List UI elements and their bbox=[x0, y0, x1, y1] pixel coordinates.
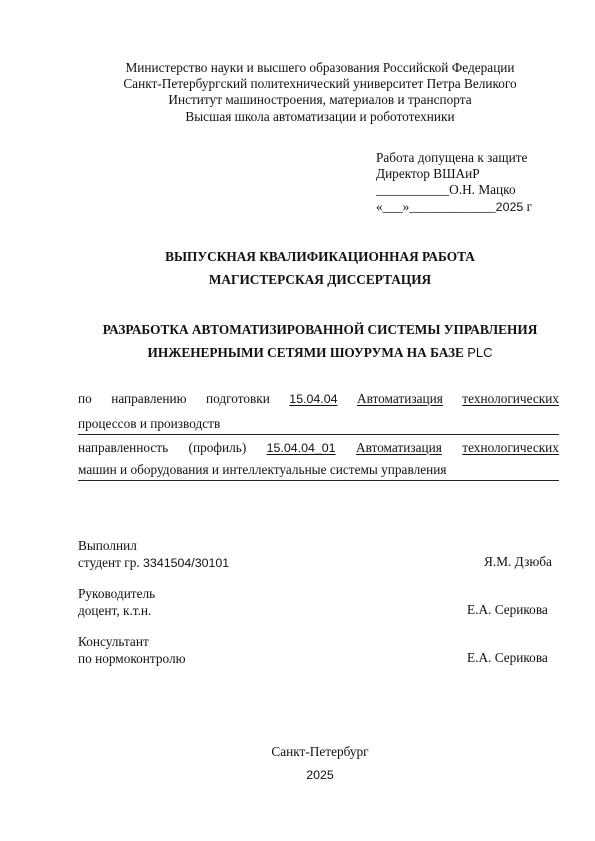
supervisor-position: доцент, к.т.н. bbox=[78, 602, 155, 619]
ministry-line: Министерство науки и высшего образования… bbox=[0, 60, 595, 76]
supervisor-name: Е.А. Серикова bbox=[467, 602, 548, 618]
consultant-role: Консультант bbox=[78, 633, 186, 650]
student-role: Выполнил bbox=[78, 537, 229, 554]
signature-consultant: Консультант по нормоконтролю bbox=[78, 633, 186, 667]
topic-line1: РАЗРАБОТКА АВТОМАТИЗИРОВАННОЙ СИСТЕМЫ УП… bbox=[0, 318, 595, 341]
institution-header: Министерство науки и высшего образования… bbox=[0, 60, 595, 125]
consultant-name: Е.А. Серикова bbox=[467, 650, 548, 666]
profile-line: направленность (профиль) 15.04.04_01 Авт… bbox=[78, 440, 559, 458]
direction-line: по направлению подготовки 15.04.04 Автом… bbox=[78, 391, 559, 409]
direction-code: 15.04.04 bbox=[289, 392, 337, 406]
student-name: Я.М. Дзюба bbox=[484, 554, 552, 570]
profile-continuation: машин и оборудования и интеллектуальные … bbox=[78, 462, 559, 481]
footer-city: Санкт-Петербург bbox=[0, 744, 595, 760]
approval-year: 2025 bbox=[496, 200, 524, 214]
director-name: О.Н. Мацко bbox=[449, 182, 515, 197]
approval-director-signature: ___________О.Н. Мацко bbox=[376, 182, 532, 198]
direction-continuation: процессов и производств bbox=[78, 416, 559, 435]
signature-student: Выполнил студент гр. 3341504/30101 bbox=[78, 537, 229, 572]
work-type: ВЫПУСКНАЯ КВАЛИФИКАЦИОННАЯ РАБОТА МАГИСТ… bbox=[0, 245, 595, 291]
institute-line: Институт машиностроения, материалов и тр… bbox=[0, 92, 595, 108]
work-type-line1: ВЫПУСКНАЯ КВАЛИФИКАЦИОННАЯ РАБОТА bbox=[0, 245, 595, 268]
approval-director-title: Директор ВШАиР bbox=[376, 166, 532, 182]
profile-code: 15.04.04_01 bbox=[267, 441, 336, 455]
student-group: студент гр. 3341504/30101 bbox=[78, 554, 229, 572]
supervisor-role: Руководитель bbox=[78, 585, 155, 602]
approval-date: «___»_____________2025 г bbox=[376, 199, 532, 215]
footer-year: 2025 bbox=[0, 768, 595, 782]
school-line: Высшая школа автоматизации и робототехни… bbox=[0, 109, 595, 125]
university-line: Санкт-Петербургский политехнический унив… bbox=[0, 76, 595, 92]
approval-admitted: Работа допущена к защите bbox=[376, 150, 532, 166]
approval-block: Работа допущена к защите Директор ВШАиР … bbox=[376, 150, 532, 215]
work-type-line2: МАГИСТЕРСКАЯ ДИССЕРТАЦИЯ bbox=[0, 268, 595, 291]
topic-latin: PLC bbox=[467, 345, 492, 360]
signature-supervisor: Руководитель доцент, к.т.н. bbox=[78, 585, 155, 619]
topic-line2: ИНЖЕНЕРНЫМИ СЕТЯМИ ШОУРУМА НА БАЗЕ PLC bbox=[0, 341, 595, 364]
thesis-topic: РАЗРАБОТКА АВТОМАТИЗИРОВАННОЙ СИСТЕМЫ УП… bbox=[0, 318, 595, 364]
consultant-position: по нормоконтролю bbox=[78, 650, 186, 667]
